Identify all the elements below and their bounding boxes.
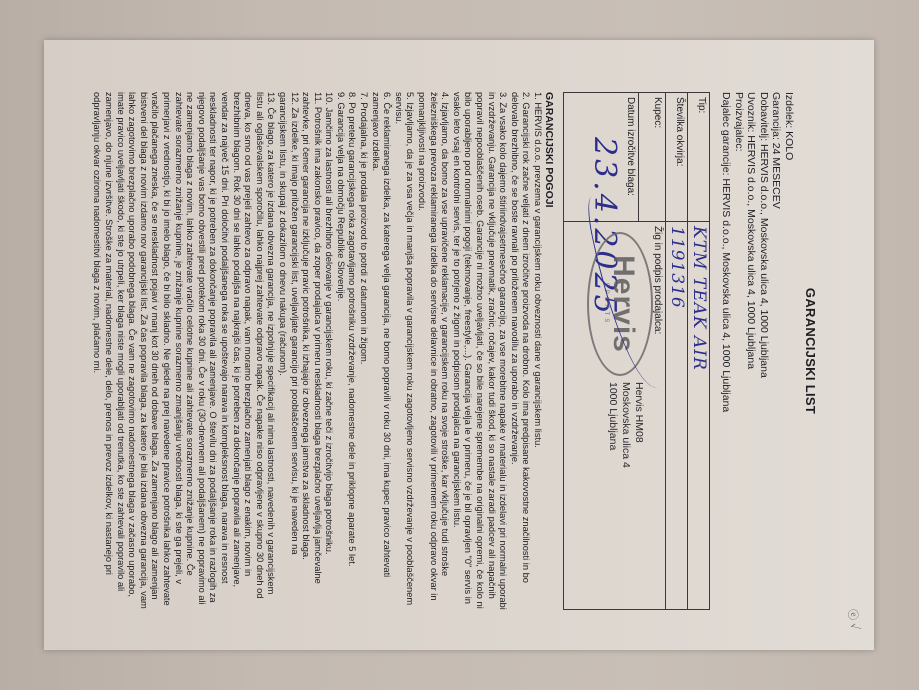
header-line-manufacturer: Proizvajalec:: [733, 92, 746, 610]
delivery-date-label: Datum izročitve blaga:: [625, 97, 636, 217]
header-line-importer: Uvoznik: HERVIS d.o.o., Moskovska ulica …: [745, 92, 758, 610]
term-item: 10. Jamčimo za lastnosti ali brezhibno d…: [323, 92, 335, 610]
stamp-signature-cell: Žig in podpis prodajalca: Hervis SPORTS …: [564, 222, 666, 610]
term-item: 7. Prodajalna, ki je prodala proizvod to…: [358, 92, 370, 610]
term-item: 5. Izjavljamo, da je za vsa večja in man…: [392, 92, 415, 610]
document-title: GARANCIJSKI LIST: [803, 92, 818, 610]
header-block: Izdelek: KOLO Garancija: 24 MESECEV Doba…: [720, 92, 795, 610]
terms-title: GARANCIJSKI POGOJI: [543, 92, 555, 610]
type-label: Tip:: [688, 93, 710, 222]
buyer-label: Kupec:: [639, 93, 666, 222]
shop-address: Hervis HM08 Moskovska ulica 4 1000 Ljubl…: [606, 382, 645, 468]
type-value: KTM TEAK AIR: [689, 226, 709, 371]
stamp-label: Žig in podpis prodajalca:: [652, 226, 663, 605]
frame-number-value: 1191316: [667, 226, 687, 309]
term-item: 9. Garancija velja na območju Republike …: [334, 92, 346, 610]
warranty-document: ⓔ ✓ GARANCIJSKI LIST Izdelek: KOLO Garan…: [44, 40, 874, 650]
term-item: 8. Po preteku garancijskega roka zagotav…: [346, 92, 358, 610]
term-item: 3. Za vsako kolo dajemo štiriindvajsetme…: [450, 92, 508, 610]
frame-number-label: Številka okvirja:: [666, 93, 688, 222]
term-item: 2. Garancijski rok začne veljati z dnem …: [508, 92, 531, 610]
term-item: 6. Če reklamiranega izdelka, za katerega…: [369, 92, 392, 610]
product-info-table: Tip: KTM TEAK AIR Številka okvirja: 1191…: [563, 92, 710, 610]
term-item: 1. HERVIS d.o.o. prevzema v garancijskem…: [531, 92, 543, 610]
type-value-cell: KTM TEAK AIR: [688, 222, 710, 610]
term-item: 11. Potrošnik ima zakonsko pravico, da z…: [300, 92, 323, 610]
terms-list: 1. HERVIS d.o.o. prevzema v garancijskem…: [91, 92, 543, 610]
header-line-product: Izdelek: KOLO: [783, 92, 796, 610]
term-item: 13. Če blago, za katero je izdana obvezn…: [91, 92, 277, 610]
term-item: 12. Za izdelke, ki imajo priložen garanc…: [276, 92, 299, 610]
header-line-guarantor: Dajalec garancije: HERVIS d.o.o., Moskov…: [720, 92, 733, 610]
term-item: 4. Izjavljamo, da bomo za vse upravičene…: [415, 92, 450, 610]
header-line-warranty: Garancija: 24 MESECEV: [770, 92, 783, 610]
handwritten-corner-mark: ⓔ ✓: [844, 608, 863, 632]
frame-number-cell: 1191316: [666, 222, 688, 610]
header-line-supplier: Dobavitelj: HERVIS d.o.o., Moskovska uli…: [758, 92, 771, 610]
